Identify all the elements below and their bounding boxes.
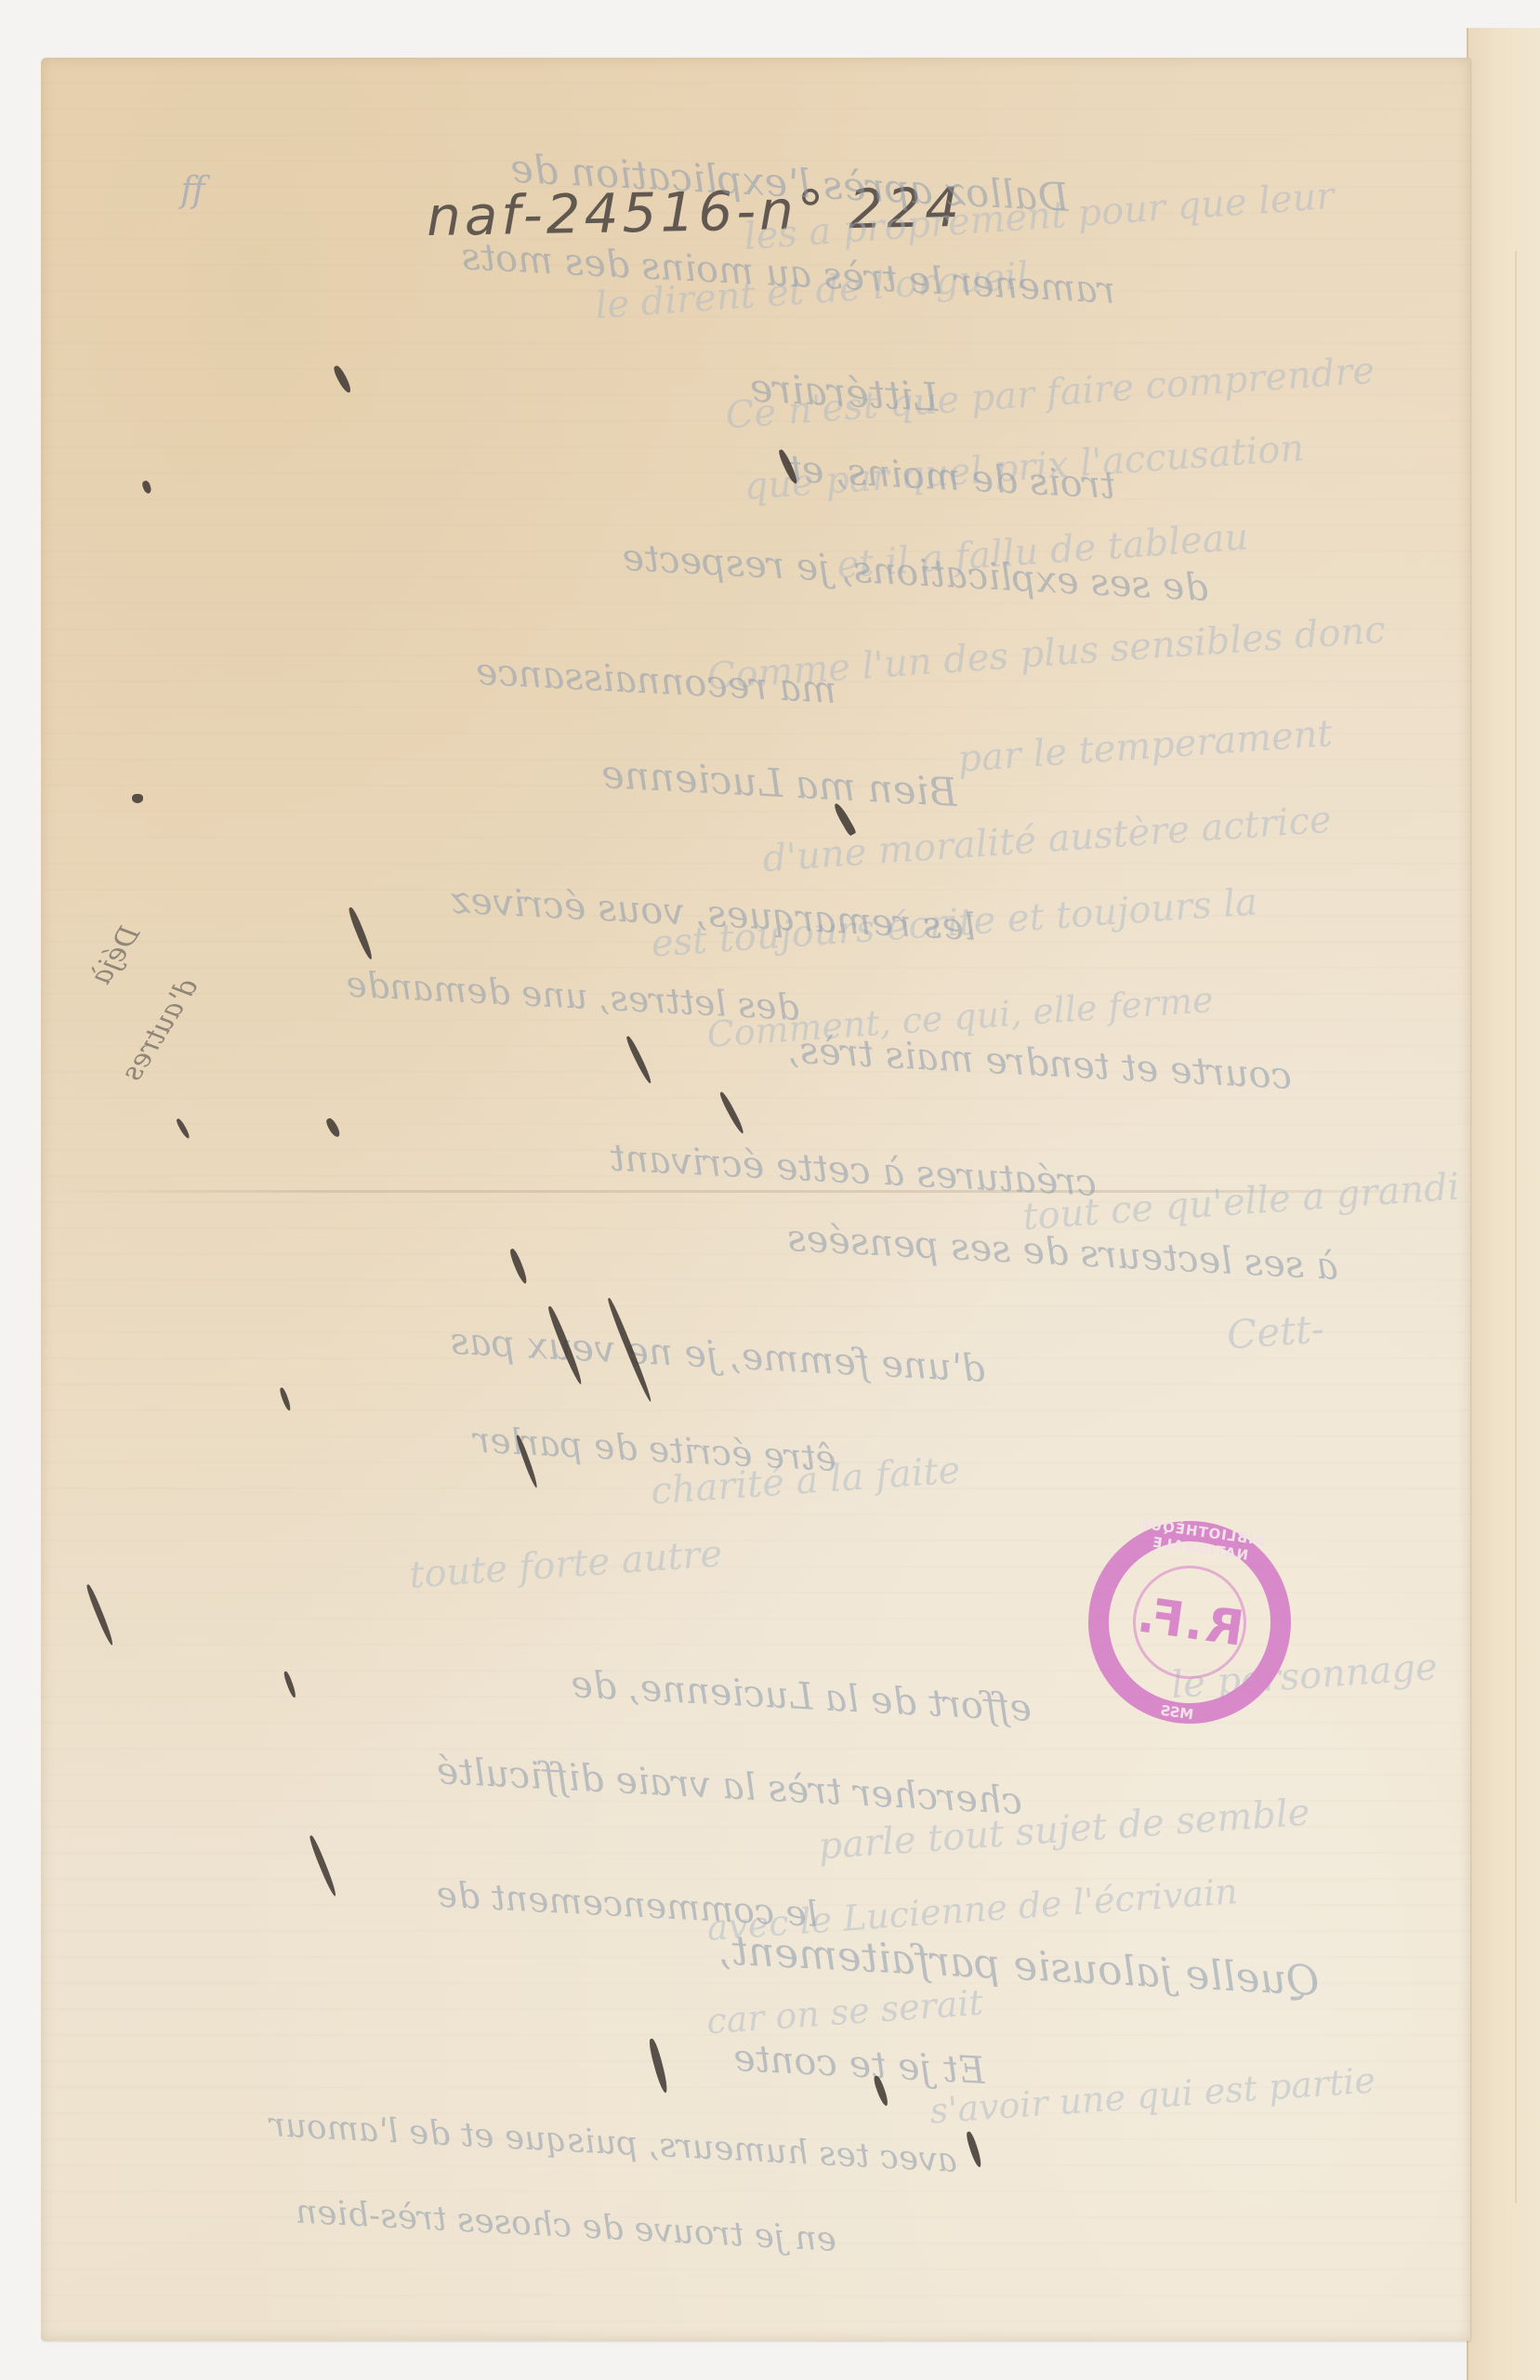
- stamp-center-text: R.F.: [1132, 1587, 1247, 1658]
- corner-pencil-note: ff: [180, 169, 205, 210]
- ink-stroke: [132, 794, 143, 803]
- manuscript-leaf: ff naf-24516-n° 224 les a proprement pou…: [41, 58, 1470, 2341]
- stamp-inner-ring: R.F.: [1125, 1558, 1254, 1686]
- bleed-through-line: Cett-: [1225, 1305, 1325, 1357]
- strip-edge-line: [1515, 251, 1517, 2203]
- adjacent-leaf-strip: [1467, 28, 1540, 2380]
